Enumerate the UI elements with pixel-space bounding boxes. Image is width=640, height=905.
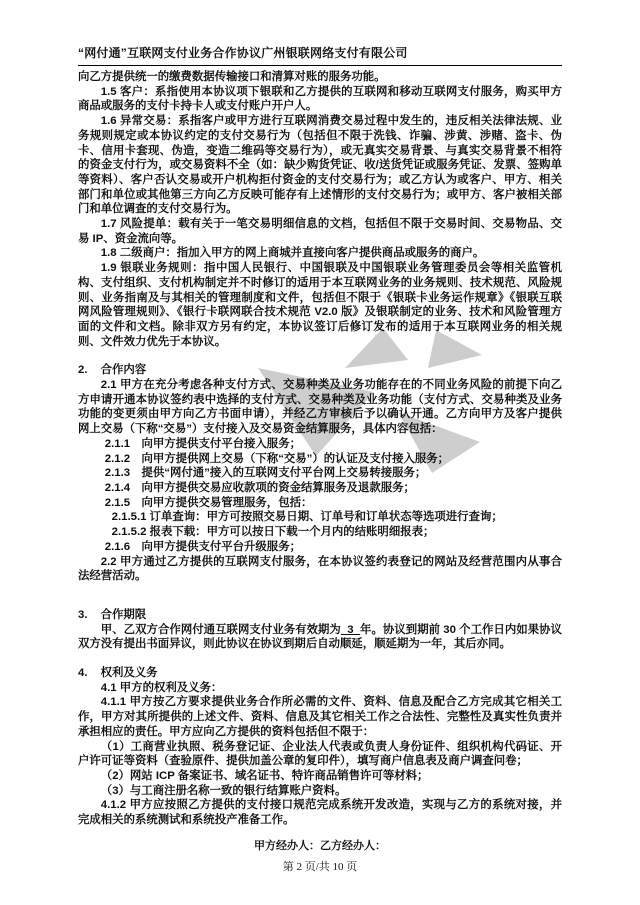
section-heading: 2.合作内容 xyxy=(78,363,562,378)
text-run: 客户 xyxy=(120,86,143,98)
section-heading: 4.权利及义务 xyxy=(78,666,562,681)
paragraph: 2.1.4 向甲方提供交易应收款项的资金结算服务及退款服务； xyxy=(78,481,562,496)
text-run: 二级商户 xyxy=(120,247,166,259)
contract-page: “网付通”互联网支付业务合作协议广州银联网络支付有限公司 向乙方提供统一的缴费数… xyxy=(0,0,640,905)
paragraph: （2）网站 ICP 备案证书、域名证书、特许商品销售许可等材料； xyxy=(78,769,562,784)
text-run: （2）网站 ICP 备案证书、域名证书、特许商品销售许可等材料； xyxy=(101,770,429,782)
text-run: 甲、乙双方合作网付通互联网支付业务有效期为 xyxy=(101,624,341,636)
footer-handlers: 甲方经办人：乙方经办人： xyxy=(78,837,562,853)
text-run: 合作内容 xyxy=(101,364,147,376)
text-run: 3 xyxy=(341,624,360,636)
document-body: 向乙方提供统一的缴费数据传输接口和清算对账的服务功能。1.5 客户：系指使用本协… xyxy=(78,70,562,828)
page-content: “网付通”互联网支付业务合作协议广州银联网络支付有限公司 向乙方提供统一的缴费数… xyxy=(78,44,562,874)
text-run: 权利及义务 xyxy=(101,667,158,679)
text-run: ：指加入甲方的网上商城并直接向客户提供商品或服务的商户。 xyxy=(165,247,484,259)
text-run: ：指中国人民银行、中国银联及中国银联业务管理委员会等相关监管机构、支付组织、支付… xyxy=(78,262,562,348)
paragraph: 4.1.1 甲方按乙方要求提供业务合作所必需的文件、资料、信息及配合乙方完成其它… xyxy=(78,695,562,739)
paragraph: 2.1.3 提供“网付通”接入的互联网支付平台网上交易转接服务； xyxy=(78,466,562,481)
paragraph: 4.1 甲方的权利及义务： xyxy=(78,681,562,696)
text-run: 2.1.5.1 订单查询：甲方可按照交易日期、订单号和订单状态等选项进行查询； xyxy=(112,511,503,523)
text-run: 2.1.5.2 报表下载：甲方可以按日下载一个月内的结账明细报表； xyxy=(112,526,435,538)
text-run: 2.1.5 向甲方提供交易管理服务，包括： xyxy=(105,497,313,509)
text-run: ：系指使用本协议项下银联和乙方提供的互联网和移动互联网支付服务，购买甲方商品或服… xyxy=(78,86,562,113)
text-run: ：系指客户或甲方进行互联网消费交易过程中发生的，违反相关法律法规、业务规则规定或… xyxy=(78,115,562,215)
paragraph: 2.1.2 向甲方提供网上交易（下称“交易”）的认证及支付接入服务； xyxy=(78,452,562,467)
text-run: 2.2 甲方通过乙方提供的互联网支付服务，在本协议签约表登记的网站及经营范围内从… xyxy=(78,556,562,583)
text-run: 合作期限 xyxy=(101,609,147,621)
paragraph: 2.1.5 向甲方提供交易管理服务，包括： xyxy=(78,496,562,511)
text-run: 银联业务规则 xyxy=(120,262,192,274)
paragraph: 1.5 客户：系指使用本协议项下银联和乙方提供的互联网和移动互联网支付服务，购买… xyxy=(78,85,562,114)
text-run: 风险提单 xyxy=(120,218,167,230)
page-number: 第 2 页/共 10 页 xyxy=(78,858,562,874)
paragraph: 向乙方提供统一的缴费数据传输接口和清算对账的服务功能。 xyxy=(78,70,562,85)
text-run: 4. xyxy=(78,667,88,679)
text-run: 2.1.2 向甲方提供网上交易（下称“交易”）的认证及支付接入服务； xyxy=(105,453,449,465)
paragraph: 2.2 甲方通过乙方提供的互联网支付服务，在本协议签约表登记的网站及经营范围内从… xyxy=(78,555,562,584)
paragraph: 2.1.5.2 报表下载：甲方可以按日下载一个月内的结账明细报表； xyxy=(78,525,562,540)
paragraph: 1.6 异常交易：系指客户或甲方进行互联网消费交易过程中发生的，违反相关法律法规… xyxy=(78,114,562,217)
paragraph: 2.1.6 向甲方提供支付平台升级服务； xyxy=(78,540,562,555)
page-title: “网付通”互联网支付业务合作协议广州银联网络支付有限公司 xyxy=(78,44,562,66)
text-run: 2. xyxy=(78,364,88,376)
paragraph: （3）与工商注册名称一致的银行结算账户资料。 xyxy=(78,784,562,799)
paragraph: 1.8 二级商户：指加入甲方的网上商城并直接向客户提供商品或服务的商户。 xyxy=(78,246,562,261)
text-run: 向乙方提供统一的缴费数据传输接口和清算对账的服务功能。 xyxy=(78,71,386,83)
text-run: 1.5 xyxy=(101,86,120,98)
paragraph: 4.1.2 甲方应按照乙方提供的支付接口规范完成系统开发改造，实现与乙方的系统对… xyxy=(78,798,562,827)
text-run: 1.8 xyxy=(101,247,120,259)
text-run: 3. xyxy=(78,609,88,621)
text-run: 2.1 甲方在充分考虑各种支付方式、交易种类及业务功能存在的不同业务风险的前提下… xyxy=(78,379,562,435)
text-run: 1.6 xyxy=(101,115,120,127)
paragraph: 甲、乙双方合作网付通互联网支付业务有效期为 3 年。协议到期前 30 个工作日内… xyxy=(78,623,562,652)
text-run: 4.1.1 甲方按乙方要求提供业务合作所必需的文件、资料、信息及配合乙方完成其它… xyxy=(78,696,562,737)
paragraph: 2.1.1 向甲方提供支付平台接入服务； xyxy=(78,437,562,452)
text-run: （3）与工商注册名称一致的银行结算账户资料。 xyxy=(101,785,347,797)
text-run: 2.1.3 提供“网付通”接入的互联网支付平台网上交易转接服务； xyxy=(105,467,427,479)
paragraph: 2.1 甲方在充分考虑各种支付方式、交易种类及业务功能存在的不同业务风险的前提下… xyxy=(78,378,562,437)
text-run: （1）工商营业执照、税务登记证、企业法人代表或负责人身份证件、组织机构代码证、开… xyxy=(78,741,562,768)
text-run: 1.7 xyxy=(101,218,120,230)
paragraph: 1.9 银联业务规则：指中国人民银行、中国银联及中国银联业务管理委员会等相关监管… xyxy=(78,261,562,349)
text-run: 2.1.6 向甲方提供支付平台升级服务； xyxy=(105,541,301,553)
paragraph: （1）工商营业执照、税务登记证、企业法人代表或负责人身份证件、组织机构代码证、开… xyxy=(78,740,562,769)
text-run: 4.1 甲方的权利及义务： xyxy=(101,682,223,694)
text-run: 2.1.4 向甲方提供交易应收款项的资金结算服务及退款服务； xyxy=(105,482,415,494)
text-run: 2.1.1 向甲方提供支付平台接入服务； xyxy=(105,438,301,450)
text-run: 异常交易 xyxy=(120,115,167,127)
paragraph: 2.1.5.1 订单查询：甲方可按照交易日期、订单号和订单状态等选项进行查询； xyxy=(78,510,562,525)
section-heading: 3.合作期限 xyxy=(78,608,562,623)
paragraph: 1.7 风险提单：载有关于一笔交易明细信息的文档，包括但不限于交易时间、交易物品… xyxy=(78,217,562,246)
text-run: 4.1.2 甲方应按照乙方提供的支付接口规范完成系统开发改造，实现与乙方的系统对… xyxy=(78,799,562,826)
page-footer: 甲方经办人：乙方经办人： 第 2 页/共 10 页 xyxy=(78,837,562,874)
text-run: 1.9 xyxy=(101,262,121,274)
